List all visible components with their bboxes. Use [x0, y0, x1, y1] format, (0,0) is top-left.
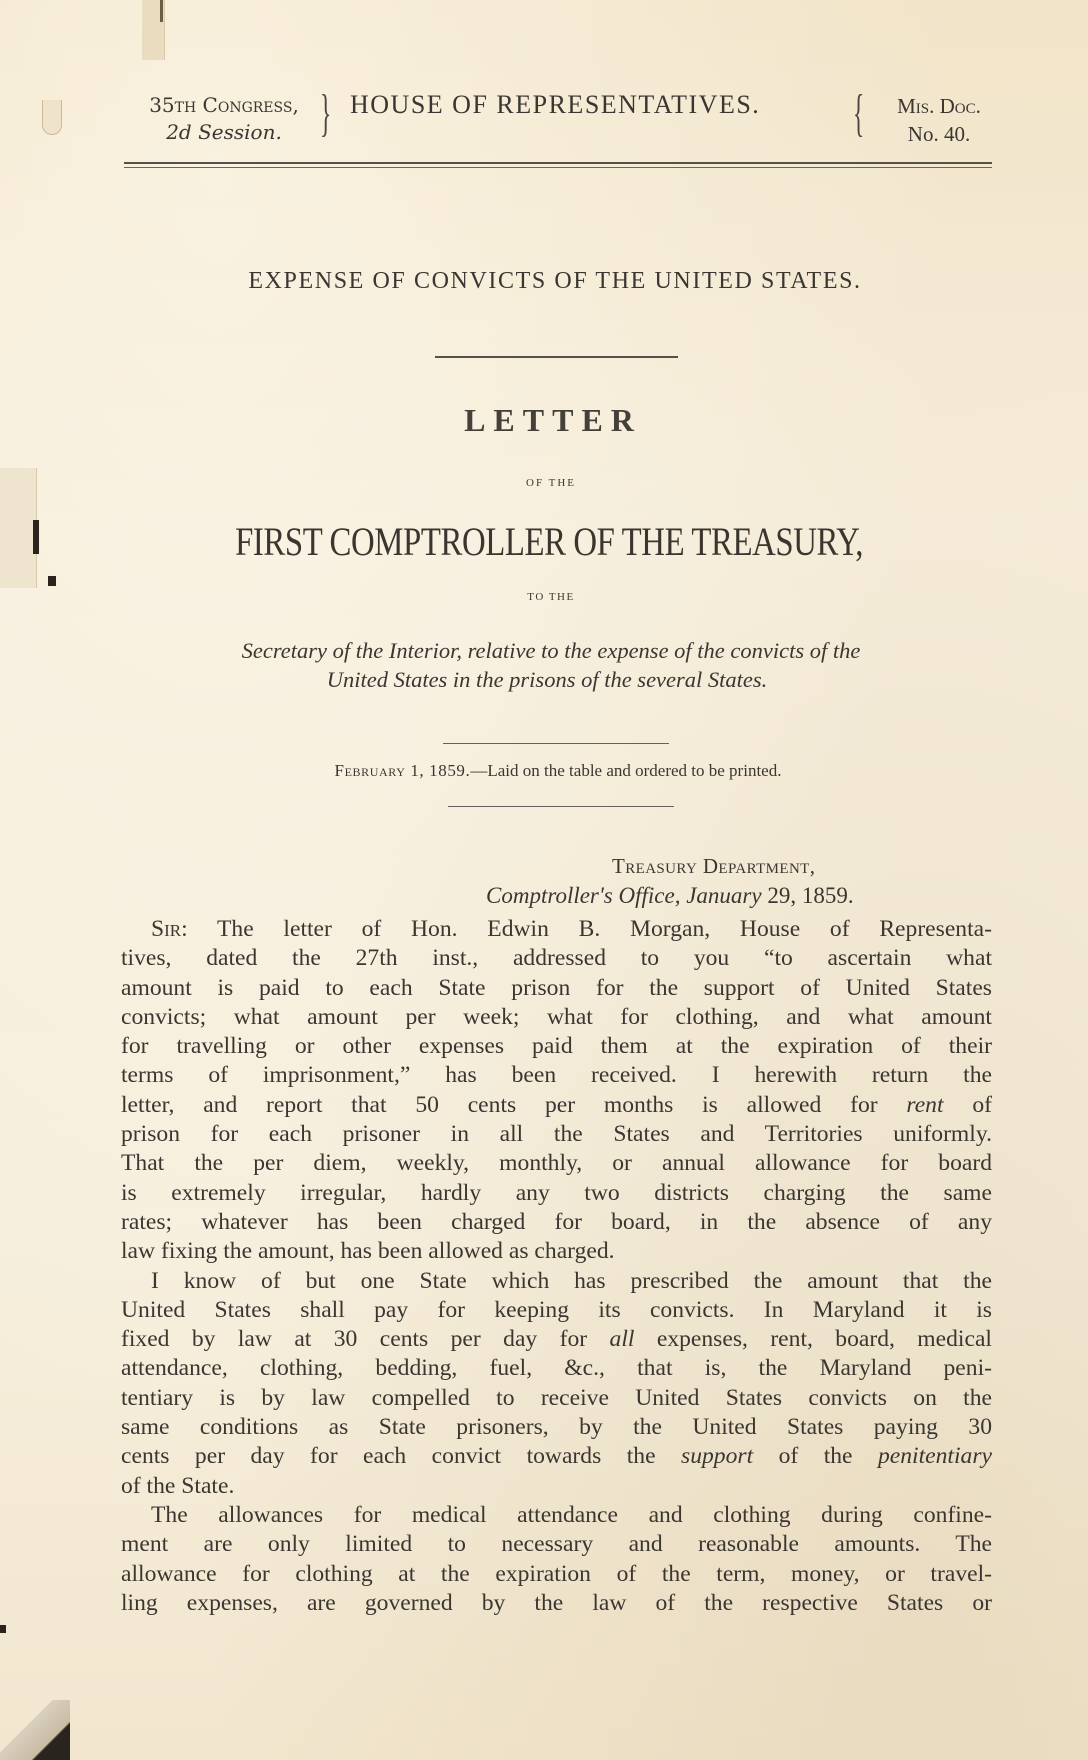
- body-line: is extremely irregular, hardly any two d…: [121, 1179, 992, 1208]
- letter-heading: LETTER: [0, 402, 1088, 439]
- body-line: letter, and report that 50 cents per mon…: [121, 1091, 992, 1120]
- body-line: convicts; what amount per week; what for…: [121, 1003, 992, 1032]
- dateline-month: January: [686, 883, 761, 908]
- recipient-description: Secretary of the Interior, relative to t…: [0, 636, 1088, 694]
- to-the-label: TO THE: [0, 591, 1088, 603]
- body-line: ling expenses, are governed by the law o…: [121, 1589, 992, 1618]
- body-line: ment are only limited to necessary and r…: [121, 1530, 992, 1559]
- congress-label: 35th Congress,: [124, 92, 324, 119]
- body-line: prison for each prisoner in all the Stat…: [121, 1120, 992, 1149]
- body-line: The allowances for medical attendance an…: [121, 1501, 992, 1530]
- body-line: terms of imprisonment,” has been receive…: [121, 1061, 992, 1090]
- doc-type-label: Mis. Doc.: [884, 92, 994, 120]
- paper-tear-hole: [33, 520, 39, 554]
- document-number-block: Mis. Doc. No. 40.: [884, 92, 994, 148]
- dateline-office-name: Comptroller's Office,: [486, 883, 680, 908]
- body-line: Sir: The letter of Hon. Edwin B. Morgan,…: [121, 915, 992, 944]
- dateline-office: Comptroller's Office, January 29, 1859.: [486, 883, 854, 909]
- emphasis-rent: rent: [906, 1092, 943, 1118]
- title-rule: [435, 356, 678, 358]
- header-double-rule: [124, 162, 992, 168]
- document-subject: EXPENSE OF CONVICTS OF THE UNITED STATES…: [0, 268, 1088, 295]
- dateline-department: Treasury Department,: [612, 854, 815, 879]
- body-line: of the State.: [121, 1472, 992, 1501]
- punch-hole-mark: [42, 100, 62, 135]
- recipient-line-2: United States in the prisons of the seve…: [0, 665, 1088, 694]
- author-title: FIRST COMPTROLLER OF THE TREASURY,: [103, 518, 995, 565]
- order-date: February 1, 1859.: [335, 761, 471, 780]
- body-line: allowance for clothing at the expiration…: [121, 1560, 992, 1589]
- edge-mark: [0, 1625, 6, 1633]
- order-text: —Laid on the table and ordered to be pri…: [470, 761, 781, 780]
- body-line: tentiary is by law compelled to receive …: [121, 1384, 992, 1413]
- emphasis-penitentiary: penitentiary: [878, 1443, 992, 1469]
- order-line: February 1, 1859.—Laid on the table and …: [0, 761, 1088, 781]
- body-line: law fixing the amount, has been allowed …: [121, 1237, 992, 1266]
- paper-tear-hole-2: [48, 576, 56, 586]
- brace-left-icon: }: [320, 88, 331, 140]
- body-line: same conditions as State prisoners, by t…: [121, 1413, 992, 1442]
- body-line: for travelling or other expenses paid th…: [121, 1032, 992, 1061]
- body-line: cents per day for each convict towards t…: [121, 1442, 992, 1471]
- body-line: That the per diem, weekly, monthly, or a…: [121, 1149, 992, 1178]
- body-line: attendance, clothing, bedding, fuel, &c.…: [121, 1354, 992, 1383]
- body-line: tives, dated the 27th inst., addressed t…: [121, 944, 992, 973]
- salutation: Sir:: [151, 916, 188, 942]
- of-the-label: OF THE: [0, 477, 1088, 489]
- emphasis-all: all: [610, 1326, 635, 1352]
- body-line: United States shall pay for keeping its …: [121, 1296, 992, 1325]
- emphasis-support: support: [681, 1443, 753, 1469]
- brace-right-icon: {: [853, 88, 864, 140]
- session-label: 2d Session.: [124, 119, 324, 146]
- letter-body: Sir: The letter of Hon. Edwin B. Morgan,…: [121, 915, 992, 1618]
- body-line: I know of but one State which has prescr…: [121, 1267, 992, 1296]
- body-line: fixed by law at 30 cents per day for all…: [121, 1325, 992, 1354]
- house-title: HOUSE OF REPRESENTATIVES.: [350, 90, 760, 120]
- dateline-date: 29, 1859.: [767, 883, 853, 908]
- body-line: amount is paid to each State prison for …: [121, 974, 992, 1003]
- paper-tear-top-mark: [160, 0, 163, 22]
- recipient-line-1: Secretary of the Interior, relative to t…: [0, 636, 1088, 665]
- order-rule-bottom: [448, 806, 674, 807]
- body-line: rates; whatever has been charged for boa…: [121, 1208, 992, 1237]
- order-rule-top: [443, 743, 669, 744]
- congress-session-block: 35th Congress, 2d Session.: [124, 92, 324, 146]
- doc-number-label: No. 40.: [884, 120, 994, 148]
- paper-corner-damage: [0, 1700, 70, 1760]
